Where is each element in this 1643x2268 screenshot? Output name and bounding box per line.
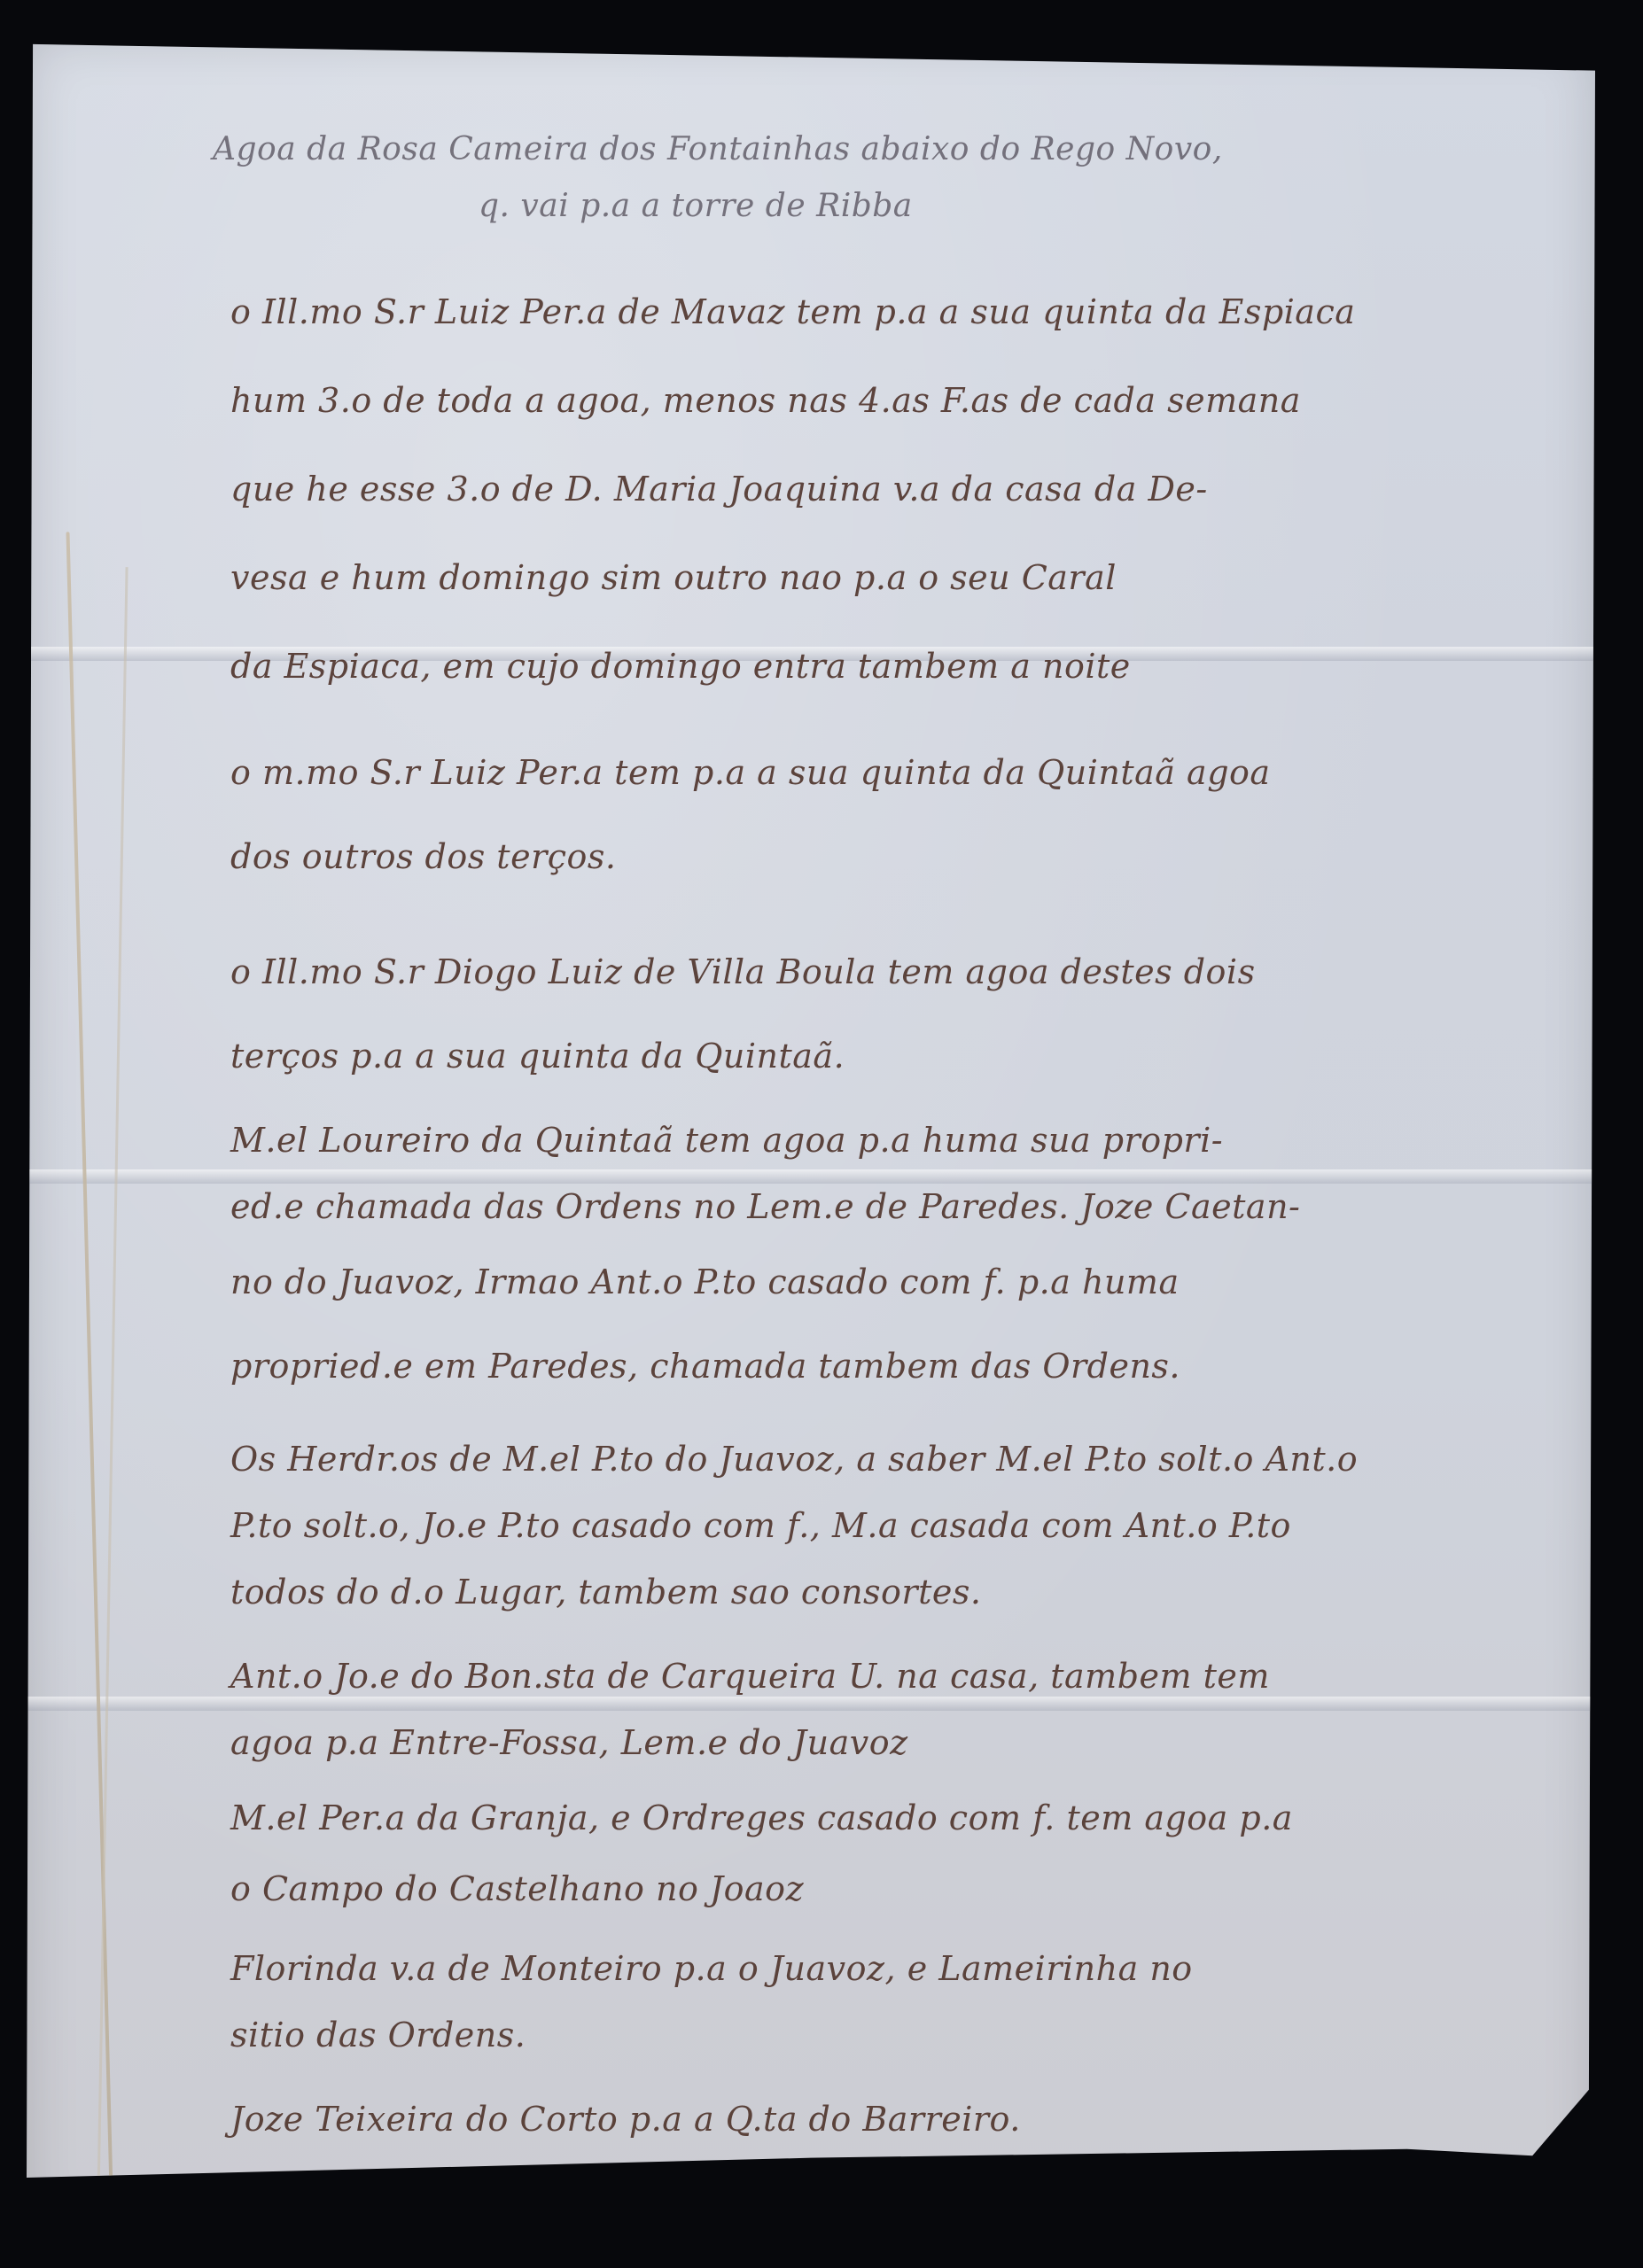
entry-line: hum 3.o de toda a agoa, menos nas 4.as F… [230,381,1301,420]
entry-line: o Ill.mo S.r Luiz Per.a de Mavaz tem p.a… [230,292,1355,331]
entry-line: propried.e em Paredes, chamada tambem da… [230,1347,1180,1386]
entry-line: o m.mo S.r Luiz Per.a tem p.a a sua quin… [230,753,1271,792]
entry-line: Os Herdr.os de M.el P.to do Juavoz, a sa… [230,1440,1358,1479]
entry-line: Florinda v.a de Monteiro p.a o Juavoz, e… [230,1949,1193,1988]
entry-line: M.el Loureiro da Quintaã tem agoa p.a hu… [230,1121,1223,1160]
heading-line-1: Agoa da Rosa Cameira dos Fontainhas abai… [213,131,1223,167]
heading-line-2: q. vai p.a a torre de Ribba [479,188,913,224]
entry-line: no do Juavoz, Irmao Ant.o P.to casado co… [230,1262,1180,1301]
entry-line: todos do d.o Lugar, tambem sao consortes… [230,1573,981,1612]
entry-line: terços p.a a sua quinta da Quintaã. [230,1037,845,1076]
entry-line: M.el Per.a da Granja, e Ordreges casado … [230,1798,1293,1837]
entry-line: o Ill.mo S.r Diogo Luiz de Villa Boula t… [230,952,1256,991]
entry-line: P.to solt.o, Jo.e P.to casado com f., M.… [230,1506,1291,1545]
catchword: Ca- [1480,2157,1532,2193]
entry-line: Joze Teixeira do Corto p.a a Q.ta do Bar… [230,2100,1021,2139]
manuscript-text: Agoa da Rosa Cameira dos Fontainhas abai… [27,35,1595,2233]
entry-line: Ant.o Jo.e do Bon.sta de Carqueira U. na… [230,1657,1270,1696]
entry-line: dos outros dos terços. [230,837,616,876]
entry-line: da Espiaca, em cujo domingo entra tambem… [230,647,1131,686]
entry-line: o Campo do Castelhano no Joaoz [230,1869,804,1908]
entry-line: que he esse 3.o de D. Maria Joaquina v.a… [230,470,1208,509]
manuscript-page: Agoa da Rosa Cameira dos Fontainhas abai… [27,35,1595,2233]
entry-line: agoa p.a Entre-Fossa, Lem.e do Juavoz [230,1723,908,1762]
entry-line: ed.e chamada das Ordens no Lem.e de Pare… [230,1187,1300,1226]
entry-line: vesa e hum domingo sim outro nao p.a o s… [230,558,1117,597]
entry-line: sitio das Ordens. [230,2016,526,2054]
